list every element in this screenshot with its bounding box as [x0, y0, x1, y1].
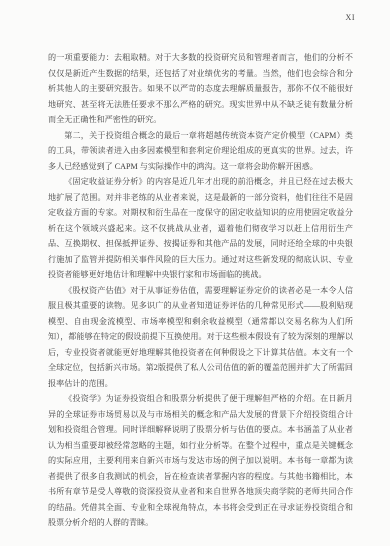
document-page: XI 的一项重要能力：去粗取精。对于大多数的投资研究员和管理者而言，他们的分析不… — [0, 0, 390, 546]
paragraph: 《固定收益证券分析》的内容是近几年才出现的前沿概念，并且已经在过去极大地扩展了范… — [48, 174, 353, 283]
paragraph: 《股权资产估值》对于从事证券估值，需要理解证券定价的读者必是一本令人信服且极其重… — [48, 283, 353, 392]
body-text: 的一项重要能力：去粗取精。对于大多数的投资研究员和管理者而言，他们的分析不仅仅是… — [48, 50, 353, 531]
paragraph: 的一项重要能力：去粗取精。对于大多数的投资研究员和管理者而言，他们的分析不仅仅是… — [48, 50, 353, 128]
paragraph: 《投资学》为证券投资组合和股票分析提供了便于理解但严格的介绍。在日新月异的全球证… — [48, 391, 353, 531]
paragraph: 第二，关于投资组合概念的最后一章将超越传统资本资产定价模型（CAPM）类的工具，… — [48, 128, 353, 175]
page-number: XI — [346, 13, 355, 22]
